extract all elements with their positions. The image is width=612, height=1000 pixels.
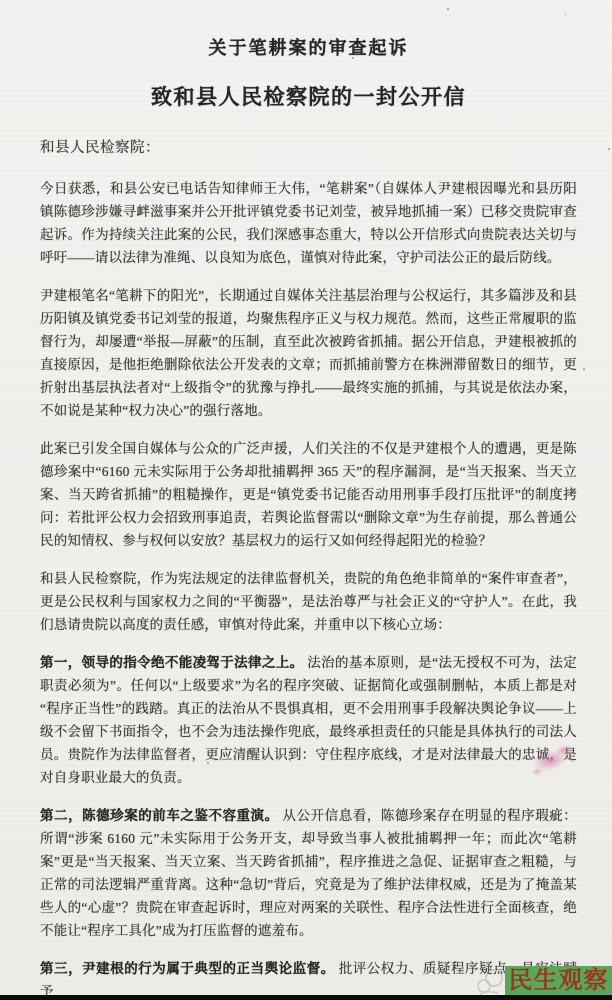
paragraph-7-lead: 第三，尹建根的行为属于典型的正当舆论监督。 (40, 961, 335, 976)
scan-speck (447, 8, 449, 10)
paragraph-5-text: 法治的基本原则，是“法无授权不可为，法定职责必须为”。任何以“上级要求”为名的程… (40, 655, 577, 785)
paragraph-6: 第二，陈德珍案的前车之鉴不容重演。 从公开信息看，陈德珍案存在明显的程序瑕疵：所… (40, 804, 577, 942)
cloud-swirl-icon (474, 966, 508, 998)
letter-title-line1: 关于笔耕案的审查起诉 (40, 34, 577, 60)
scan-speck (287, 627, 289, 629)
paragraph-2-text: 尹建根笔名“笔耕下的阳光”，长期通过自媒体关注基层治理与公权运行，其多篇涉及和县… (40, 288, 577, 418)
letter-title-line2: 致和县人民检察院的一封公开信 (40, 81, 577, 111)
paragraph-5-lead: 第一，领导的指令绝不能凌驾于法律之上。 (40, 655, 304, 670)
scan-speck (205, 630, 207, 632)
paragraph-4: 和县人民检察院，作为宪法规定的法律监督机关，贵院的角色绝非简单的“案件审查者”，… (40, 567, 577, 636)
scan-speck (583, 368, 585, 370)
scan-speck (207, 762, 209, 764)
paragraph-6-lead: 第二，陈德珍案的前车之鉴不容重演。 (40, 808, 279, 823)
paragraph-2: 尹建根笔名“笔耕下的阳光”，长期通过自媒体关注基层治理与公权运行，其多篇涉及和县… (40, 284, 577, 422)
paragraph-5: 第一，领导的指令绝不能凌驾于法律之上。 法治的基本原则，是“法无授权不可为，法定… (40, 651, 577, 789)
paragraph-1: 今日获悉，和县公安已电话告知律师王大伟，“笔耕案”（自媒体人尹建根因曝光和县历阳… (40, 177, 577, 269)
paragraph-1-text: 今日获悉，和县公安已电话告知律师王大伟，“笔耕案”（自媒体人尹建根因曝光和县历阳… (40, 181, 577, 265)
scan-speck (565, 13, 566, 15)
salutation: 和县人民检察院： (40, 136, 577, 157)
scan-speck (608, 148, 610, 150)
paragraph-3-text: 此案已引发全国自媒体与公众的广泛声援，人们关注的不仅是尹建根个人的遭遇，更是陈德… (40, 441, 577, 548)
scan-speck (290, 760, 291, 762)
scan-speck (90, 415, 91, 416)
paragraph-3: 此案已引发全国自媒体与公众的广泛声援，人们关注的不仅是尹建根个人的遭遇，更是陈德… (40, 437, 577, 552)
bottom-black-bar (0, 995, 612, 1000)
paragraph-4-text: 和县人民检察院，作为宪法规定的法律监督机关，贵院的角色绝非简单的“案件审查者”，… (40, 571, 577, 632)
minsheng-watermark: 民生观察 (505, 966, 612, 998)
scanned-letter-page: 关于笔耕案的审查起诉 致和县人民检察院的一封公开信 和县人民检察院： 今日获悉，… (0, 0, 612, 1000)
scan-speck (352, 57, 354, 59)
paragraph-6-text: 从公开信息看，陈德珍案存在明显的程序瑕疵：所谓“涉案 6160 元”未实际用于公… (40, 808, 577, 938)
letter-content: 关于笔耕案的审查起诉 致和县人民检察院的一封公开信 和县人民检察院： 今日获悉，… (40, 26, 577, 1000)
